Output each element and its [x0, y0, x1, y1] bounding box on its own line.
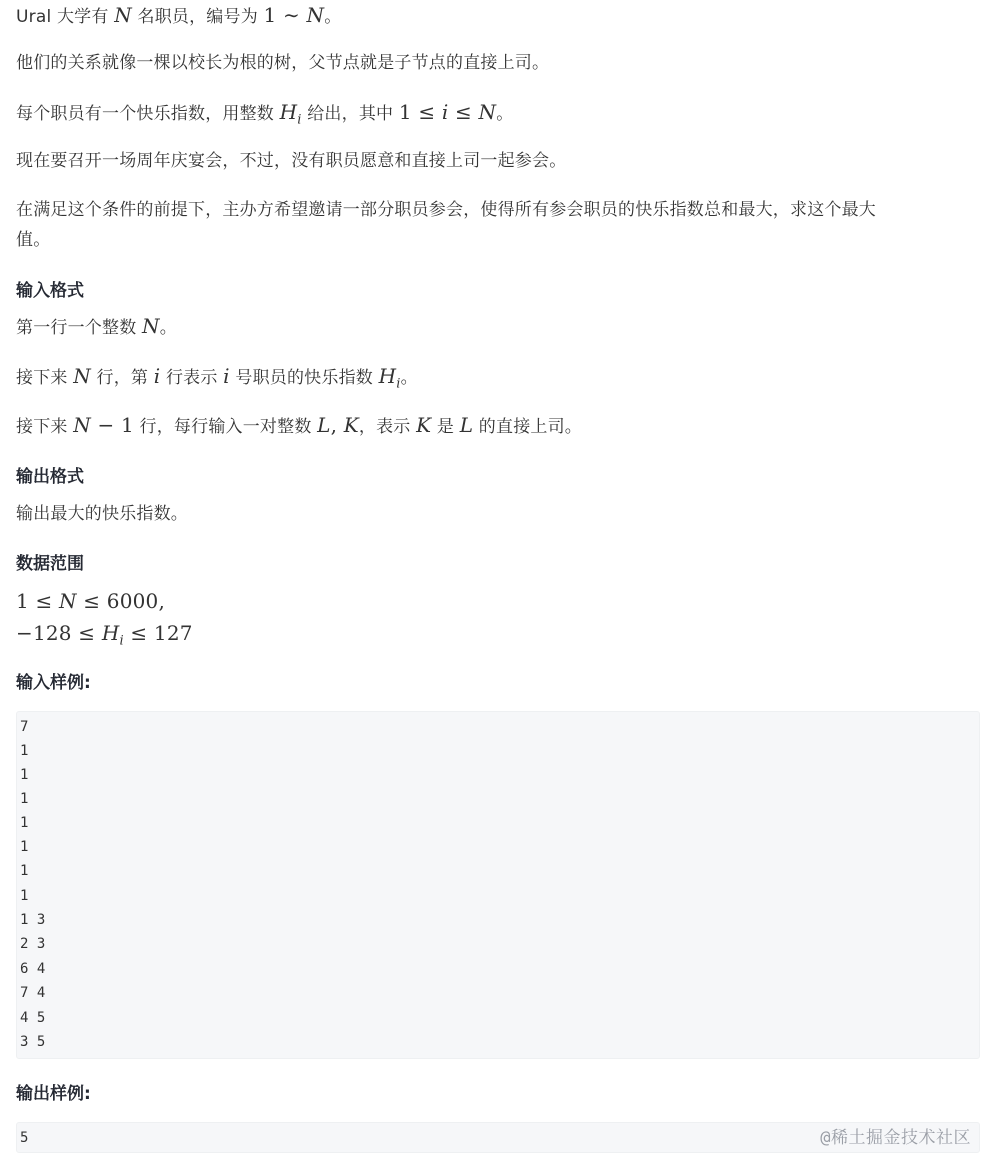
text: 名职员，编号为: [132, 7, 264, 27]
math-var: N: [142, 314, 160, 338]
math-var: K: [344, 413, 359, 437]
output-format-text: 输出最大的快乐指数。: [16, 499, 188, 529]
math-var: H: [102, 621, 120, 645]
math-expr: 1 ≤: [16, 589, 59, 613]
text: 。: [401, 368, 418, 388]
code-line: 1: [20, 835, 28, 859]
text: 每个职员有一个快乐指数，用整数: [16, 104, 280, 124]
text: 。: [160, 318, 177, 338]
math-var: L: [317, 413, 330, 437]
intro-paragraph-4: 现在要召开一场周年庆宴会，不过，没有职员愿意和直接上司一起参会。: [16, 146, 566, 176]
text: 的直接上司。: [473, 417, 582, 437]
sample-input-heading: 输入样例:: [16, 669, 91, 697]
code-line: 2 3: [20, 932, 45, 956]
watermark: @稀土掘金技术社区: [820, 1123, 971, 1153]
math-var: H: [379, 364, 397, 388]
text: 行，第: [91, 368, 154, 388]
text: 。: [324, 7, 341, 27]
math-var: N: [479, 100, 497, 124]
math-var: L: [460, 413, 473, 437]
math-var: N: [59, 589, 77, 613]
code-line: 7 4: [20, 981, 45, 1005]
code-line: 3 5: [20, 1030, 45, 1054]
code-line: 1: [20, 739, 28, 763]
text: 接下来: [16, 368, 73, 388]
input-format-heading: 输入格式: [16, 277, 84, 305]
input-format-line-1: 第一行一个整数 N。: [16, 311, 177, 343]
text: 。: [496, 104, 513, 124]
math-expr: ,: [331, 413, 344, 437]
math-expr: − 1: [91, 413, 134, 437]
math-var: H: [280, 100, 298, 124]
math-expr: ≤ 6000,: [77, 589, 165, 613]
intro-paragraph-2: 他们的关系就像一棵以校长为根的树，父节点就是子节点的直接上司。: [16, 48, 549, 78]
sample-input-code-block[interactable]: 7 1 1 1 1 1 1 1 1 3 2 3 6 4 7 4 4 5 3 5: [16, 711, 980, 1059]
text: Ural 大学有: [16, 7, 114, 27]
sample-output-code-block[interactable]: 5 @稀土掘金技术社区: [16, 1122, 980, 1153]
math-expr: ≤: [448, 100, 478, 124]
code-line: 7: [20, 715, 28, 739]
math-var: K: [416, 413, 431, 437]
math-var: N: [73, 364, 91, 388]
code-line: 6 4: [20, 957, 45, 981]
input-format-line-3: 接下来 N − 1 行，每行输入一对整数 L, K，表示 K 是 L 的直接上司…: [16, 410, 582, 442]
code-line: 1: [20, 811, 28, 835]
math-var: N: [114, 3, 132, 27]
text: 值。: [16, 230, 50, 250]
intro-paragraph-5: 在满足这个条件的前提下，主办方希望邀请一部分职员参会，使得所有参会职员的快乐指数…: [16, 195, 876, 255]
math-expr: −128 ≤: [16, 621, 102, 645]
math-expr: ≤ 127: [124, 621, 193, 645]
text: 行表示: [160, 368, 223, 388]
code-line: 1: [20, 859, 28, 883]
sample-output-heading: 输出样例:: [16, 1080, 91, 1108]
output-format-heading: 输出格式: [16, 463, 84, 491]
text: 行，每行输入一对整数: [134, 417, 317, 437]
text: 给出，其中: [302, 104, 399, 124]
code-line: 1 3: [20, 908, 45, 932]
math-expr: 1 ≤: [399, 100, 442, 124]
code-line: 1: [20, 763, 28, 787]
text: 第一行一个整数: [16, 318, 142, 338]
math-expr: 1 ∼: [264, 3, 307, 27]
code-line: 1: [20, 787, 28, 811]
code-line: 1: [20, 884, 28, 908]
text: 是: [431, 417, 459, 437]
code-line: 5: [20, 1126, 28, 1150]
input-format-line-2: 接下来 N 行，第 i 行表示 i 号职员的快乐指数 Hi。: [16, 361, 418, 399]
math-var: i: [223, 364, 230, 388]
text: 号职员的快乐指数: [230, 368, 379, 388]
constraints-heading: 数据范围: [16, 550, 84, 578]
intro-paragraph-3: 每个职员有一个快乐指数，用整数 Hi 给出，其中 1 ≤ i ≤ N。: [16, 97, 513, 135]
constraints-block: 1 ≤ N ≤ 6000, −128 ≤ Hi ≤ 127: [16, 586, 193, 656]
text: 在满足这个条件的前提下，主办方希望邀请一部分职员参会，使得所有参会职员的快乐指数…: [16, 200, 876, 220]
math-var: N: [73, 413, 91, 437]
text: ，表示: [359, 417, 416, 437]
code-line: 4 5: [20, 1006, 45, 1030]
math-var: N: [307, 3, 325, 27]
text: 接下来: [16, 417, 73, 437]
intro-paragraph-1: Ural 大学有 N 名职员，编号为 1 ∼ N。: [16, 0, 341, 32]
